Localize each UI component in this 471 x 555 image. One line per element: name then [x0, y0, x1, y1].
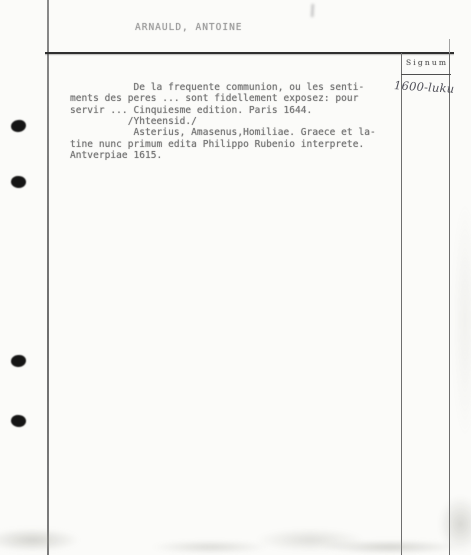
catalog-card-scan: ARNAULD, ANTOINE Signum 1600-luku De la … — [0, 0, 471, 555]
card-top-border — [45, 52, 454, 54]
signum-column-divider — [401, 53, 402, 555]
left-margin-rule — [47, 0, 49, 555]
scan-smudge — [255, 528, 365, 552]
hole-punch-dot — [11, 354, 27, 367]
faint-pencil-mark — [311, 4, 315, 17]
hole-punch-dot — [10, 119, 27, 133]
scan-smudge — [438, 495, 471, 553]
scan-smudge — [452, 200, 471, 440]
scan-smudge — [150, 540, 270, 554]
scan-smudge — [320, 540, 460, 554]
scan-smudge — [0, 528, 80, 552]
right-border-tick — [449, 39, 450, 53]
card-right-border — [449, 53, 450, 555]
author-heading: ARNAULD, ANTOINE — [135, 22, 243, 33]
hole-punch-dot — [11, 175, 27, 188]
catalog-entry-text: De la frequente communion, ou les senti-… — [70, 82, 376, 161]
signum-cell-bottom-line — [401, 74, 451, 75]
signum-column-label: Signum — [401, 58, 451, 67]
signum-handwritten-value: 1600-luku — [394, 78, 455, 96]
hole-punch-dot — [10, 414, 26, 428]
